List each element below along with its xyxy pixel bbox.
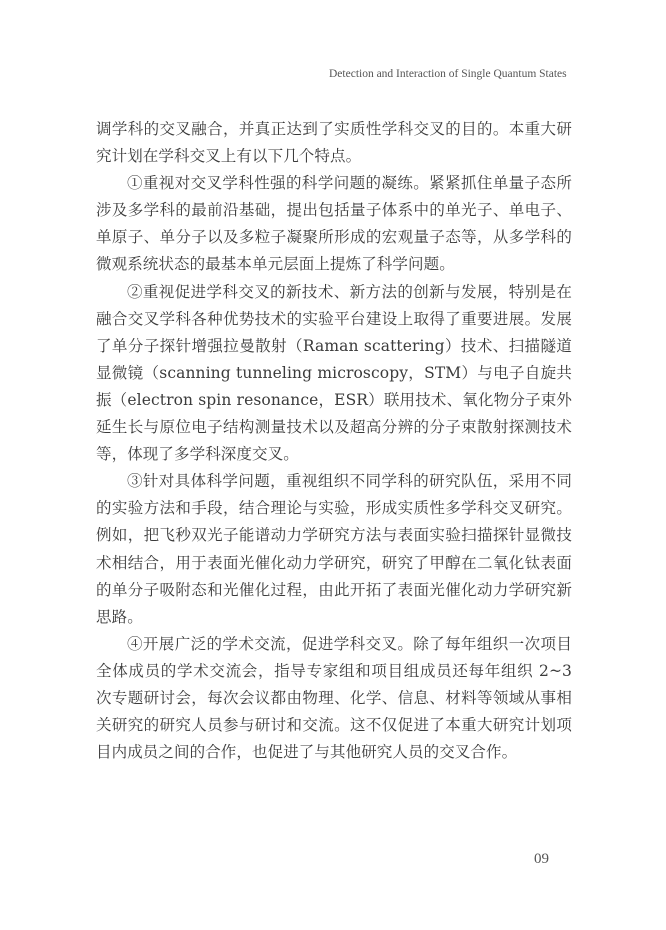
paragraph-point-1: ①重视对交叉学科性强的科学问题的凝练。紧紧抓住单量子态所涉及多学科的最前沿基础，… bbox=[96, 170, 572, 278]
body-text: 调学科的交叉融合，并真正达到了实质性学科交叉的目的。本重大研究计划在学科交叉上有… bbox=[96, 116, 572, 766]
paragraph-intro-continuation: 调学科的交叉融合，并真正达到了实质性学科交叉的目的。本重大研究计划在学科交叉上有… bbox=[96, 116, 572, 170]
paragraph-point-3: ③针对具体科学问题，重视组织不同学科的研究队伍，采用不同的实验方法和手段，结合理… bbox=[96, 468, 572, 631]
page-number: 09 bbox=[534, 851, 549, 868]
paragraph-point-4: ④开展广泛的学术交流，促进学科交叉。除了每年组织一次项目全体成员的学术交流会，指… bbox=[96, 631, 572, 766]
running-header: Detection and Interaction of Single Quan… bbox=[329, 68, 569, 80]
paragraph-point-2: ②重视促进学科交叉的新技术、新方法的创新与发展，特别是在融合交叉学科各种优势技术… bbox=[96, 279, 572, 469]
